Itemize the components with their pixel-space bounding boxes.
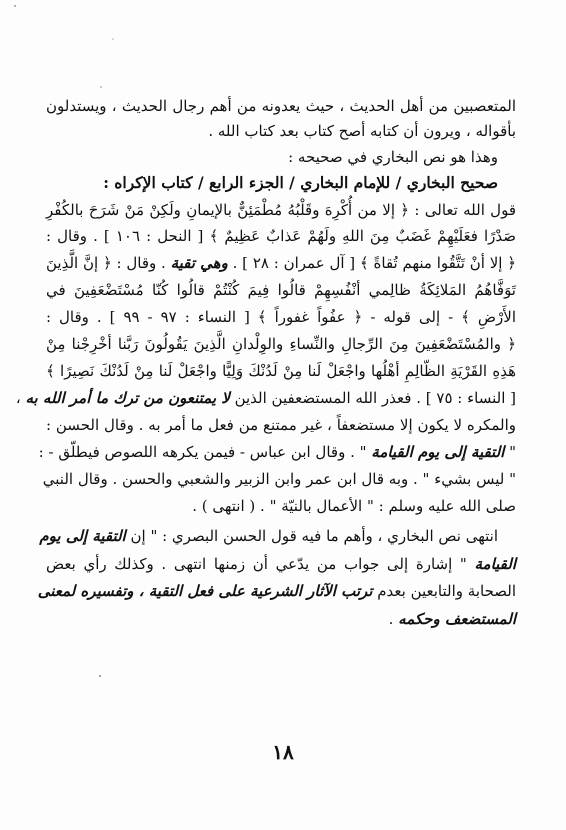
- text-run: " إشارة إلى جواب من يدّعي أن زمنها انتهى…: [46, 555, 475, 573]
- emphasized-text: ترتب الآثار الشرعية على فعل التقية ، وتف…: [38, 582, 373, 600]
- scanned-book-page: المتعصبين من أهل الحديث ، حيث يعدونه من …: [0, 0, 566, 830]
- quote-line: صَدْرًا فعَلَيْهِمْ غَضَبٌ مِنَ اللهِ ول…: [46, 223, 516, 249]
- scan-speck: [99, 675, 101, 677]
- commentary-line: الصحابة والتابعين بعدم ترتب الآثار الشرع…: [46, 578, 516, 604]
- text-run: ": [504, 443, 516, 461]
- commentary-line: انتهى نص البخاري ، وأهم ما فيه قول الحسن…: [46, 523, 516, 549]
- intro-line: وهذا هو نص البخاري في صحيحه :: [46, 144, 516, 170]
- text-run: . وقال : ﴿ إنَّ الَّذِينَ: [46, 254, 171, 272]
- quote-line: ﴿ والمُسْتَضْعَفِينَ مِنَ الرِّجالِ والن…: [46, 331, 516, 357]
- scan-speck: [100, 86, 102, 88]
- emphasized-text: التقية إلى يوم القيامة: [371, 443, 504, 461]
- quote-line: الأَرْضِ ﴾ - إلى قوله - ﴿ عفُواً غفوراً …: [46, 304, 516, 330]
- source-heading: صحيح البخاري / للإمام البخاري / الجزء ال…: [46, 170, 516, 196]
- quote-line: صلى الله عليه وسلم : " الأعمال بالنيّة "…: [46, 493, 516, 519]
- emphasized-text: وهي تقية: [171, 254, 228, 272]
- scan-speck: [14, 5, 16, 7]
- page-number: ١٨: [0, 740, 566, 764]
- emphasized-text: لا يمتنعون من ترك ما أمر الله به: [25, 389, 229, 407]
- text-run: انتهى نص البخاري ، وأهم ما فيه قول الحسن…: [126, 527, 498, 545]
- quote-line: ﴿ إلا أنْ تَتَّقُوا منهم تُقاةً ﴾ [ آل ع…: [46, 250, 516, 276]
- emphasized-text: القيامة: [475, 555, 517, 573]
- scan-speck: [112, 38, 114, 40]
- paragraph-line: المتعصبين من أهل الحديث ، حيث يعدونه من …: [46, 93, 516, 119]
- quote-line: " التقية إلى يوم القيامة " . وقال ابن عب…: [46, 439, 516, 465]
- text-run: [ النساء : ٧٥ ] . فعذر الله المستضعفين ا…: [230, 389, 516, 407]
- commentary-line: المستضعف وحكمه .: [46, 606, 516, 632]
- text-run: " . وقال ابن عباس - فيمن يكرهه اللصوص في…: [39, 443, 372, 461]
- text-run: الصحابة والتابعين بعدم: [372, 582, 516, 600]
- quote-line: " ليس بشيء " . وبه قال ابن عمر وابن الزب…: [46, 466, 516, 492]
- emphasized-text: التقية إلى يوم: [39, 527, 125, 545]
- quote-line: والمكره لا يكون إلا مستضعفاً ، غير ممتنع…: [46, 412, 516, 438]
- quote-line: قول الله تعالى : ﴿ إلا من أُكْرِهَ وقَلْ…: [46, 197, 516, 223]
- quote-line: هَذِهِ القَرْيَةِ الظّالِمِ أهْلُها واجْ…: [46, 358, 516, 384]
- text-run: .: [389, 610, 399, 628]
- text-run: ﴿ إلا أنْ تَتَّقُوا منهم تُقاةً ﴾ [ آل ع…: [228, 254, 516, 272]
- emphasized-text: المستضعف وحكمه: [398, 610, 516, 628]
- commentary-line: القيامة " إشارة إلى جواب من يدّعي أن زمن…: [46, 551, 516, 577]
- paragraph-line: بأقواله ، ويرون أن كتابه أصح كتاب بعد كت…: [46, 118, 516, 144]
- quote-line: [ النساء : ٧٥ ] . فعذر الله المستضعفين ا…: [46, 385, 516, 411]
- quote-line: تَوَفَّاهُمُ المَلائِكَةُ ظالِمي أنْفُسِ…: [46, 277, 516, 303]
